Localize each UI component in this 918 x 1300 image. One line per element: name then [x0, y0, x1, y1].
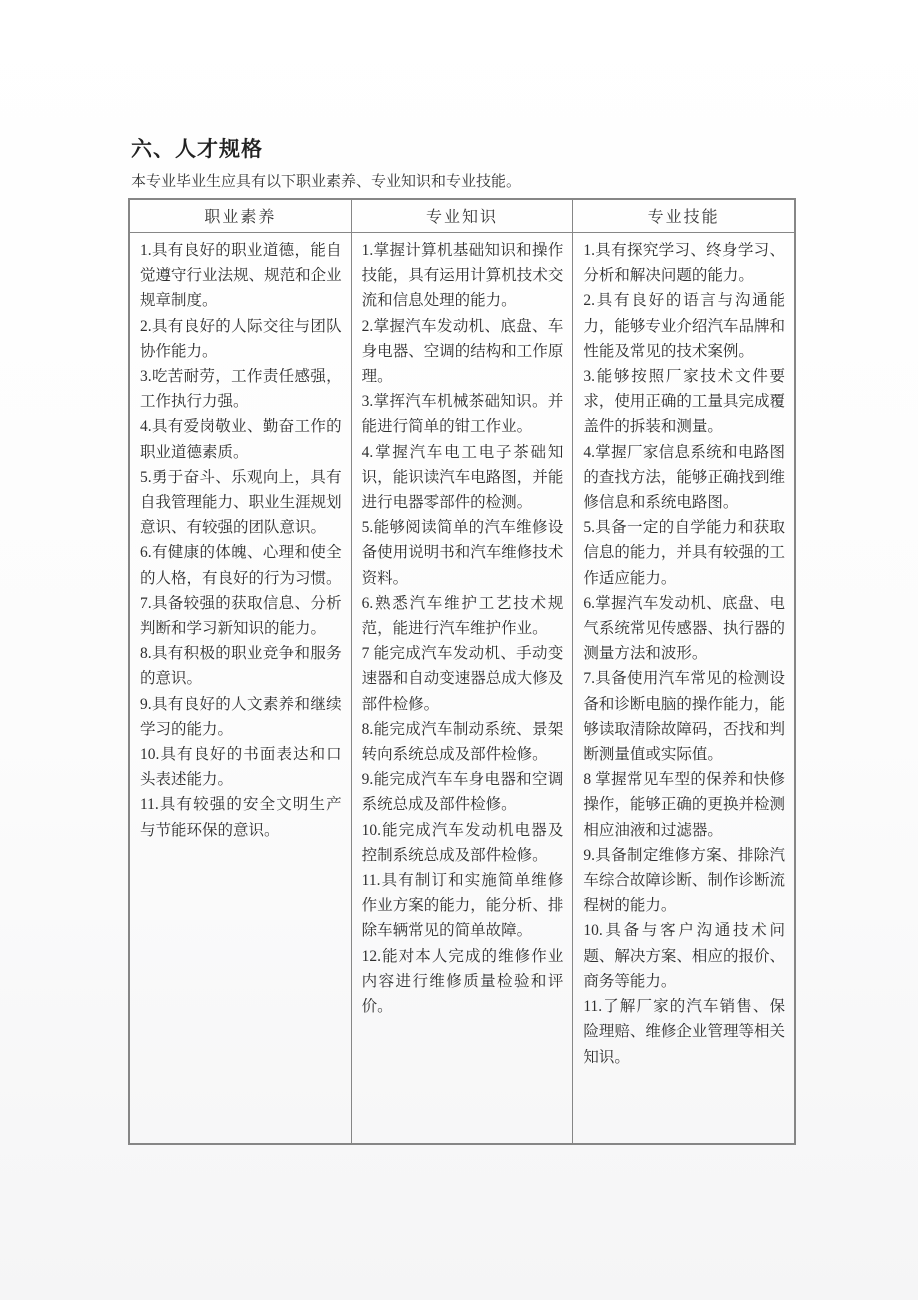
- table-body-row: 1.具有良好的职业道德，能自觉遵守行业法规、规范和企业规章制度。 2.具有良好的…: [130, 233, 794, 1143]
- table-header-row: 职业素养 专业知识 专业技能: [130, 200, 794, 233]
- document-content: 六、人才规格 本专业毕业生应具有以下职业素养、专业知识和专业技能。 职业素养 专…: [128, 133, 796, 1145]
- list-item: 2.具有良好的人际交往与团队协作能力。: [140, 314, 342, 364]
- list-item: 6.掌握汽车发动机、底盘、电气系统常见传感器、执行器的测量方法和波形。: [583, 591, 785, 667]
- section-title: 六、人才规格: [131, 133, 796, 163]
- column-occupational-quality: 1.具有良好的职业道德，能自觉遵守行业法规、规范和企业规章制度。 2.具有良好的…: [130, 233, 351, 1143]
- list-item: 6.熟悉汽车维护工艺技术规范，能进行汽车维护作业。: [362, 591, 564, 641]
- list-item: 9.具有良好的人文素养和继续学习的能力。: [140, 692, 342, 742]
- list-item: 7 能完成汽车发动机、手动变速器和自动变速器总成大修及部件检修。: [362, 641, 564, 717]
- list-item: 3.能够按照厂家技术文件要求，使用正确的工量具完成覆盖件的拆装和测量。: [583, 364, 785, 440]
- list-item: 4.具有爱岗敬业、勤奋工作的职业道德素质。: [140, 414, 342, 464]
- column-professional-knowledge: 1.掌握计算机基础知识和操作技能，具有运用计算机技术交流和信息处理的能力。 2.…: [351, 233, 573, 1143]
- list-item: 5.具备一定的自学能力和获取信息的能力，并具有较强的工作适应能力。: [583, 515, 785, 591]
- list-item: 8.能完成汽车制动系统、景架转向系统总成及部件检修。: [362, 717, 564, 767]
- list-item: 9.具备制定维修方案、排除汽车综合故障诊断、制作诊断流程树的能力。: [583, 843, 785, 919]
- list-item: 11.具有较强的安全文明生产与节能环保的意识。: [140, 792, 342, 842]
- document-page: 六、人才规格 本专业毕业生应具有以下职业素养、专业知识和专业技能。 职业素养 专…: [0, 0, 918, 1300]
- talent-spec-table: 职业素养 专业知识 专业技能 1.具有良好的职业道德，能自觉遵守行业法规、规范和…: [128, 198, 796, 1145]
- list-item: 2.具有良好的语言与沟通能力，能够专业介绍汽车品牌和性能及常见的技术案例。: [583, 288, 785, 364]
- list-item: 2.掌握汽车发动机、底盘、车身电器、空调的结构和工作原理。: [362, 314, 564, 390]
- list-item: 11.具有制订和实施简单维修作业方案的能力，能分析、排除车辆常见的简单故障。: [362, 868, 564, 944]
- column-header-professional-knowledge: 专业知识: [351, 200, 573, 232]
- list-item: 1.具有良好的职业道德，能自觉遵守行业法规、规范和企业规章制度。: [140, 238, 342, 314]
- list-item: 10.能完成汽车发动机电器及控制系统总成及部件检修。: [362, 818, 564, 868]
- list-item: 4.掌握汽车电工电子茶础知识，能识读汽车电路图，并能进行电器零部件的检测。: [362, 440, 564, 516]
- list-item: 1.具有探究学习、终身学习、分析和解决问题的能力。: [583, 238, 785, 288]
- list-item: 7.具备较强的获取信息、分析判断和学习新知识的能力。: [140, 591, 342, 641]
- list-item: 4.掌握厂家信息系统和电路图的查找方法，能够正确找到维修信息和系统电路图。: [583, 440, 785, 516]
- list-item: 6.有健康的体魄、心理和使全的人格，有良好的行为习惯。: [140, 540, 342, 590]
- list-item: 9.能完成汽车车身电器和空调系统总成及部件检修。: [362, 767, 564, 817]
- list-item: 5.勇于奋斗、乐观向上，具有自我管理能力、职业生涯规划意识、有较强的团队意识。: [140, 465, 342, 541]
- list-item: 12.能对本人完成的维修作业内容进行维修质量检验和评价。: [362, 944, 564, 1020]
- column-header-occupational-quality: 职业素养: [130, 200, 351, 232]
- section-subtitle: 本专业毕业生应具有以下职业素养、专业知识和专业技能。: [131, 170, 796, 191]
- list-item: 11.了解厂家的汽车销售、保险理赔、维修企业管理等相关知识。: [583, 994, 785, 1070]
- column-professional-skills: 1.具有探究学习、终身学习、分析和解决问题的能力。 2.具有良好的语言与沟通能力…: [572, 233, 794, 1143]
- list-item: 3.吃苦耐劳，工作责任感强，工作执行力强。: [140, 364, 342, 414]
- list-item: 8 掌握常见车型的保养和快修操作，能够正确的更换并检测相应油液和过滤器。: [583, 767, 785, 843]
- list-item: 3.掌挥汽车机械茶础知识。并能进行简单的钳工作业。: [362, 389, 564, 439]
- list-item: 10.具有良好的书面表达和口头表述能力。: [140, 742, 342, 792]
- list-item: 1.掌握计算机基础知识和操作技能，具有运用计算机技术交流和信息处理的能力。: [362, 238, 564, 314]
- list-item: 8.具有积极的职业竞争和服务的意识。: [140, 641, 342, 691]
- list-item: 7.具备使用汽车常见的检测设备和诊断电脑的操作能力，能够读取清除故障码，否找和判…: [583, 666, 785, 767]
- list-item: 5.能够阅读简单的汽车维修设备使用说明书和汽车维修技术资料。: [362, 515, 564, 591]
- list-item: 10.具备与客户沟通技术问题、解决方案、相应的报价、商务等能力。: [583, 918, 785, 994]
- column-header-professional-skills: 专业技能: [572, 200, 794, 232]
